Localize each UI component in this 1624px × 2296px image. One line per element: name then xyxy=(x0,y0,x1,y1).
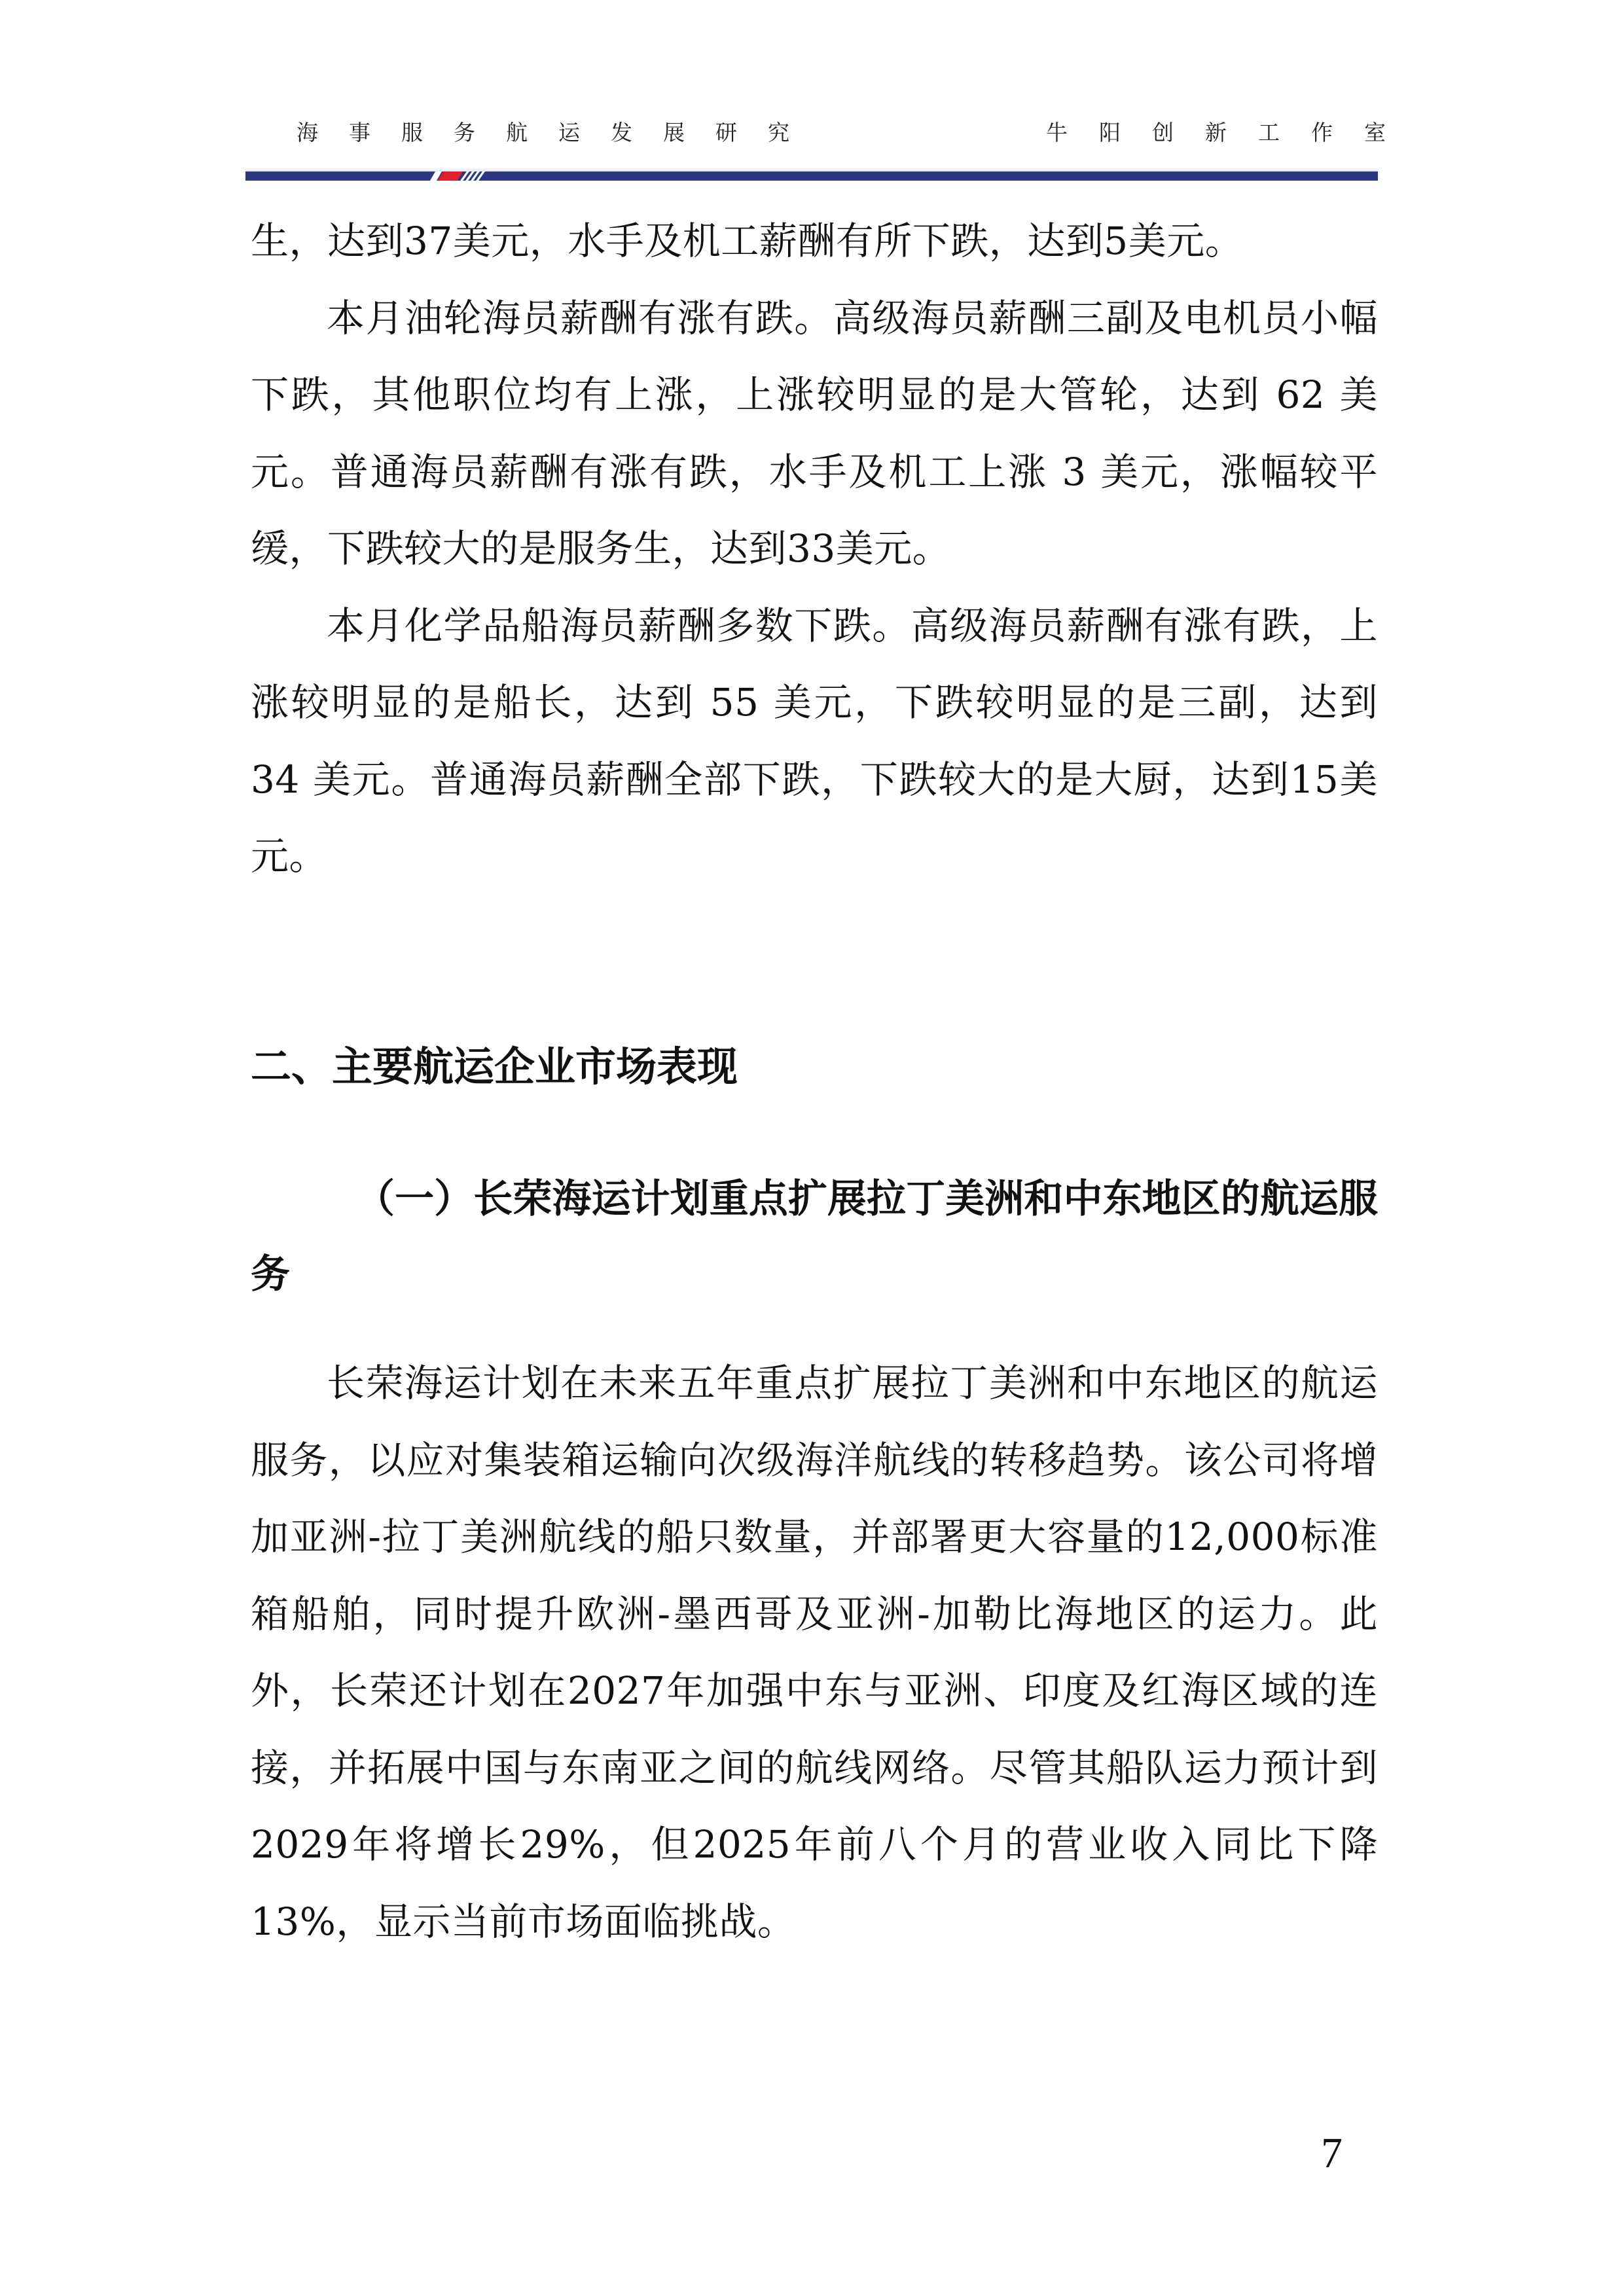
page-number: 7 xyxy=(1321,2127,1343,2179)
section-heading: 二、主要航运企业市场表现 xyxy=(251,1037,738,1096)
body-paragraph: 本月油轮海员薪酬有涨有跌。高级海员薪酬三副及电机员小幅下跌，其他职位均有上涨，上… xyxy=(251,280,1378,588)
bar-red-stripe xyxy=(438,171,463,181)
body-paragraph: 长荣海运计划在未来五年重点扩展拉丁美洲和中东地区的航运服务，以应对集装箱运输向次… xyxy=(251,1345,1378,1960)
body-section-top: 生，达到37美元，水手及机工薪酬有所下跌，达到5美元。 本月油轮海员薪酬有涨有跌… xyxy=(251,203,1378,895)
subsection-heading: （一）长荣海运计划重点扩展拉丁美洲和中东地区的航运服务 xyxy=(251,1162,1378,1312)
body-paragraph: 本月化学品船海员薪酬多数下跌。高级海员薪酬有涨有跌，上涨较明显的是船长，达到 5… xyxy=(251,588,1378,895)
header-divider-bar xyxy=(245,171,1378,181)
header-publication-title: 海事服务航运发展研究 xyxy=(297,117,820,149)
header-studio-name: 牛阳创新工作室 xyxy=(1046,117,1417,149)
body-section-bottom: 长荣海运计划在未来五年重点扩展拉丁美洲和中东地区的航运服务，以应对集装箱运输向次… xyxy=(251,1345,1378,1960)
body-paragraph: 生，达到37美元，水手及机工薪酬有所下跌，达到5美元。 xyxy=(251,203,1378,280)
